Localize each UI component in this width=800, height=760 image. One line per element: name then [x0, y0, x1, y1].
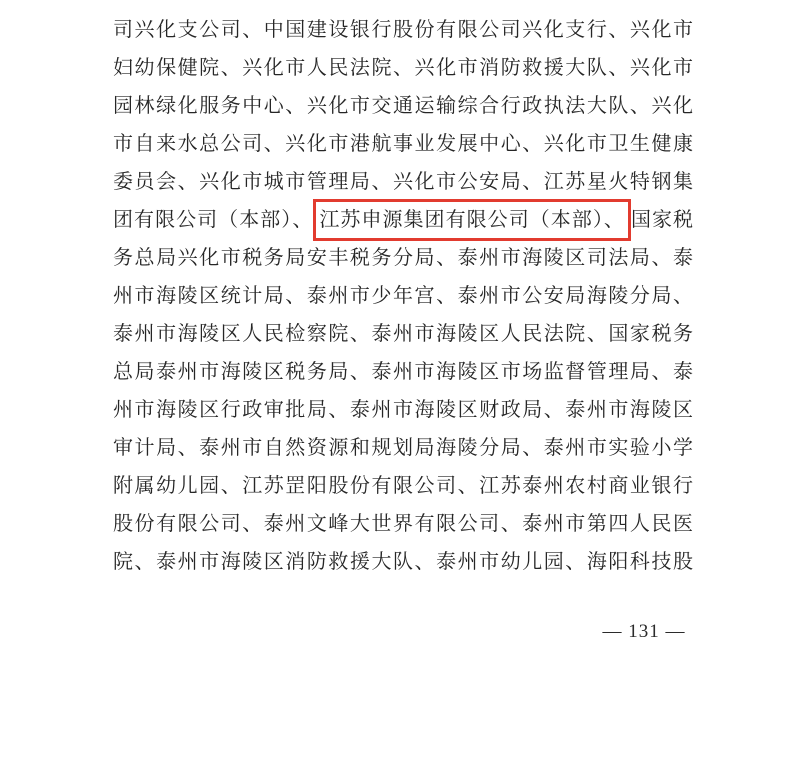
text-line-with-highlight: 团有限公司（本部）、江苏申源集团有限公司（本部）、国家税 [113, 201, 693, 239]
highlighted-company-name: 江苏申源集团有限公司（本部）、 [319, 209, 625, 231]
text-line: 市自来水总公司、兴化市港航事业发展中心、兴化市卫生健康 [113, 125, 693, 163]
highlight-line-post-text: 国家税 [631, 209, 693, 231]
text-line: 州市海陵区统计局、泰州市少年宫、泰州市公安局海陵分局、 [113, 277, 693, 315]
page-number: — 131 — [594, 620, 694, 644]
text-line: 司兴化支公司、中国建设银行股份有限公司兴化支行、兴化市 [113, 11, 693, 49]
text-block: 司兴化支公司、中国建设银行股份有限公司兴化支行、兴化市 妇幼保健院、兴化市人民法… [113, 11, 693, 581]
highlight-line-pre-text: 团有限公司（本部）、 [113, 209, 313, 231]
highlight-box: 江苏申源集团有限公司（本部）、 [313, 199, 631, 241]
text-line: 委员会、兴化市城市管理局、兴化市公安局、江苏星火特钢集 [113, 163, 693, 201]
text-line: 院、泰州市海陵区消防救援大队、泰州市幼儿园、海阳科技股 [113, 543, 693, 581]
text-line: 总局泰州市海陵区税务局、泰州市海陵区市场监督管理局、泰 [113, 353, 693, 391]
text-line: 股份有限公司、泰州文峰大世界有限公司、泰州市第四人民医 [113, 505, 693, 543]
text-line: 妇幼保健院、兴化市人民法院、兴化市消防救援大队、兴化市 [113, 49, 693, 87]
text-line: 审计局、泰州市自然资源和规划局海陵分局、泰州市实验小学 [113, 429, 693, 467]
text-line: 务总局兴化市税务局安丰税务分局、泰州市海陵区司法局、泰 [113, 239, 693, 277]
text-line: 泰州市海陵区人民检察院、泰州市海陵区人民法院、国家税务 [113, 315, 693, 353]
text-line: 州市海陵区行政审批局、泰州市海陵区财政局、泰州市海陵区 [113, 391, 693, 429]
document-page: 司兴化支公司、中国建设银行股份有限公司兴化支行、兴化市 妇幼保健院、兴化市人民法… [0, 0, 800, 760]
text-line: 附属幼儿园、江苏罡阳股份有限公司、江苏泰州农村商业银行 [113, 467, 693, 505]
text-line: 园林绿化服务中心、兴化市交通运输综合行政执法大队、兴化 [113, 87, 693, 125]
